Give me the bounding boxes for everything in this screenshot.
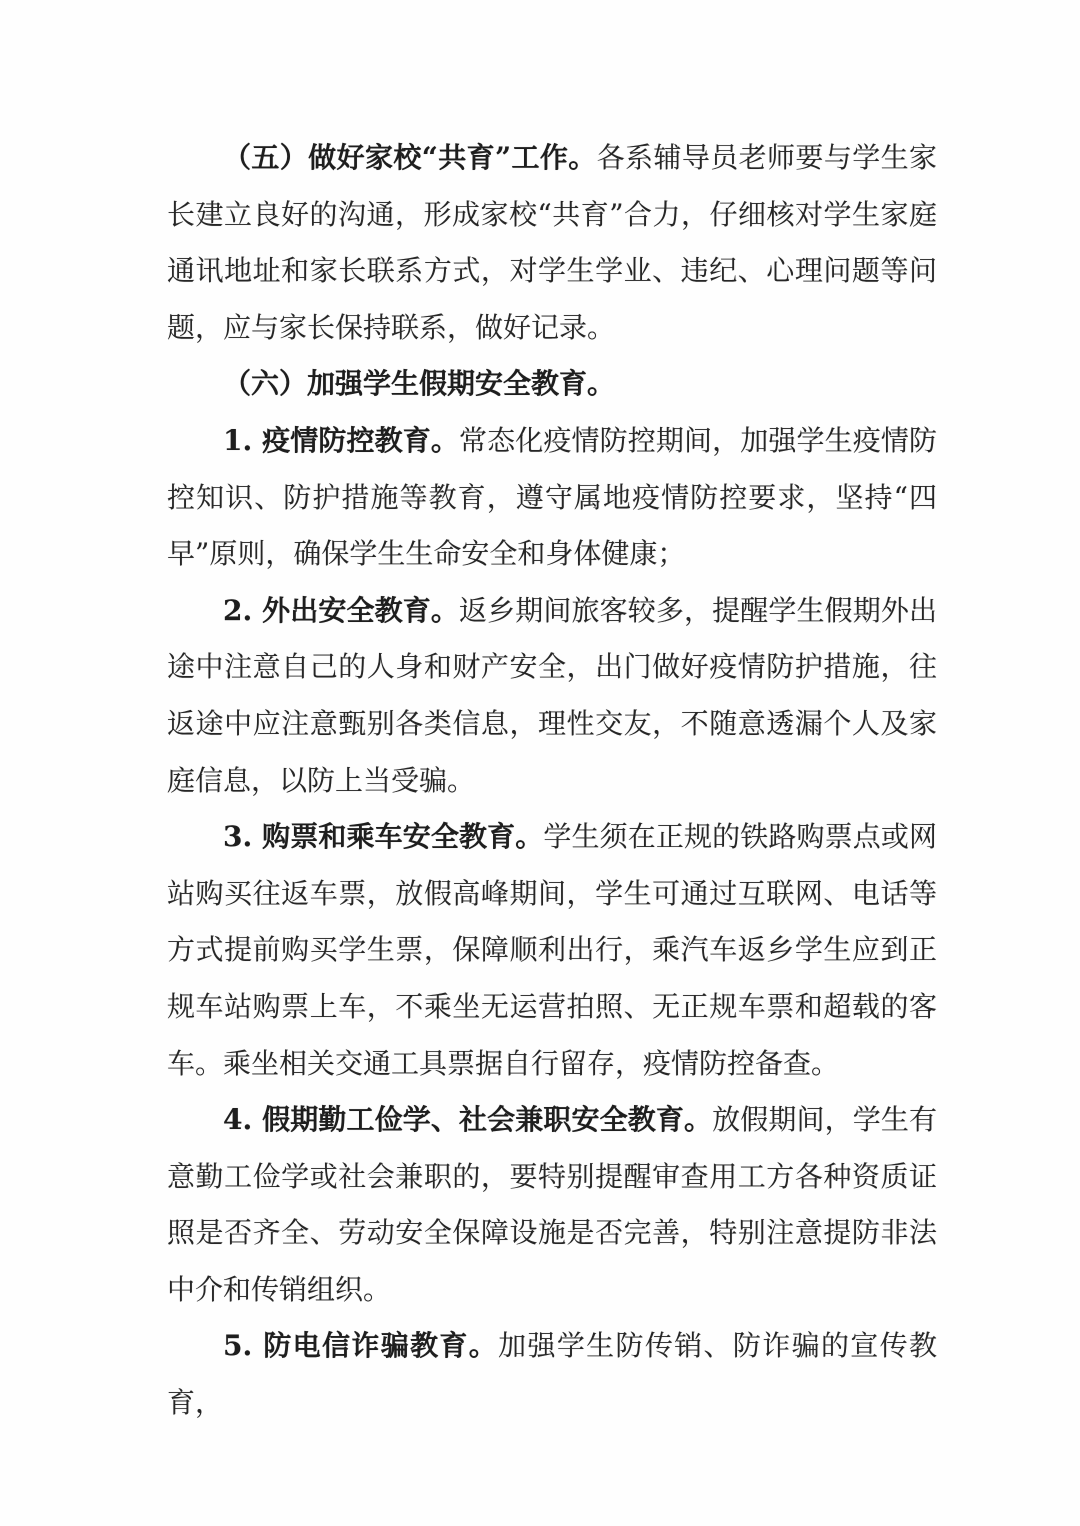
paragraph-telecom-fraud-prevention: 5. 防电信诈骗教育。加强学生防传销、防诈骗的宣传教育， (167, 1318, 937, 1431)
paragraph-ticket-and-ride-safety: 3. 购票和乘车安全教育。学生须在正规的铁路购票点或网站购买往返车票，放假高峰期… (167, 809, 937, 1092)
paragraph-epidemic-prevention: 1. 疫情防控教育。常态化疫情防控期间，加强学生疫情防控知识、防护措施等教育，遵… (167, 413, 937, 583)
paragraph-lead: 1. 疫情防控教育。 (223, 424, 459, 457)
paragraph-body: 学生须在正规的铁路购票点或网站购买往返车票，放假高峰期间，学生可通过互联网、电话… (167, 820, 937, 1079)
document-text-block: （五）做好家校“共育”工作。各系辅导员老师要与学生家长建立良好的沟通，形成家校“… (167, 130, 937, 1432)
paragraph-holiday-safety-heading: （六）加强学生假期安全教育。 (167, 356, 937, 413)
paragraph-lead: 4. 假期勤工俭学、社会兼职安全教育。 (223, 1103, 712, 1136)
paragraph-lead: 3. 购票和乘车安全教育。 (223, 820, 543, 853)
paragraph-parttime-work-safety: 4. 假期勤工俭学、社会兼职安全教育。放假期间，学生有意勤工俭学或社会兼职的，要… (167, 1092, 937, 1318)
paragraph-lead: 5. 防电信诈骗教育。 (223, 1329, 498, 1362)
paragraph-lead: 2. 外出安全教育。 (223, 594, 459, 627)
paragraph-lead: （六）加强学生假期安全教育。 (223, 367, 615, 400)
document-page: （五）做好家校“共育”工作。各系辅导员老师要与学生家长建立良好的沟通，形成家校“… (0, 0, 1080, 1526)
paragraph-travel-safety: 2. 外出安全教育。返乡期间旅客较多，提醒学生假期外出途中注意自己的人身和财产安… (167, 583, 937, 809)
paragraph-family-school-coeducation: （五）做好家校“共育”工作。各系辅导员老师要与学生家长建立良好的沟通，形成家校“… (167, 130, 937, 356)
paragraph-lead: （五）做好家校“共育”工作。 (223, 141, 597, 174)
